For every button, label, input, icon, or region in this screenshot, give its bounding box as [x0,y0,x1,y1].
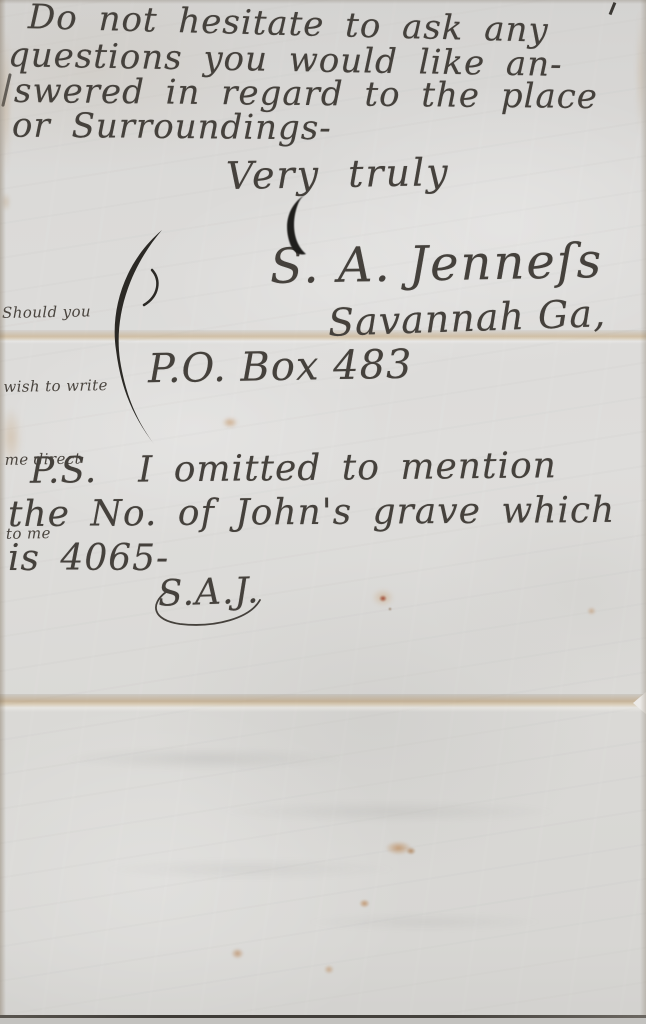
postscript-line-2: the No. of John's grave which [8,490,616,535]
margin-note-line-2: wish to write [3,373,108,399]
scan-background-strip [0,1018,646,1024]
stain [406,847,416,855]
stain [231,948,244,959]
fold-crease-lower [0,694,646,712]
signature: S. A. Jenneſs [270,233,604,295]
stain [587,607,596,615]
postscript-line-3: is 4065- [8,538,169,579]
stain [324,965,334,974]
letter-closing: Very truly [226,150,450,198]
initials-flourish [146,574,276,634]
letter-page: Do not hesitate to ask any questions you… [0,0,646,1024]
ink-blot [278,190,318,260]
margin-brace [100,222,180,452]
po-box-line: P.O. Box 483 [148,342,413,393]
margin-note-line-1: Should you [2,299,107,325]
page-edge-left [0,0,6,1024]
page-edge-right [640,0,646,1024]
stain [359,899,370,908]
ink-bleedthrough [30,730,610,970]
stain [222,417,238,428]
letter-body-line-4: or Surroundings- [12,106,332,149]
postscript-line-1: P.S. I omitted to mention [30,445,557,492]
page-edge-top [0,0,646,4]
stain [379,595,387,602]
stain [388,607,392,611]
